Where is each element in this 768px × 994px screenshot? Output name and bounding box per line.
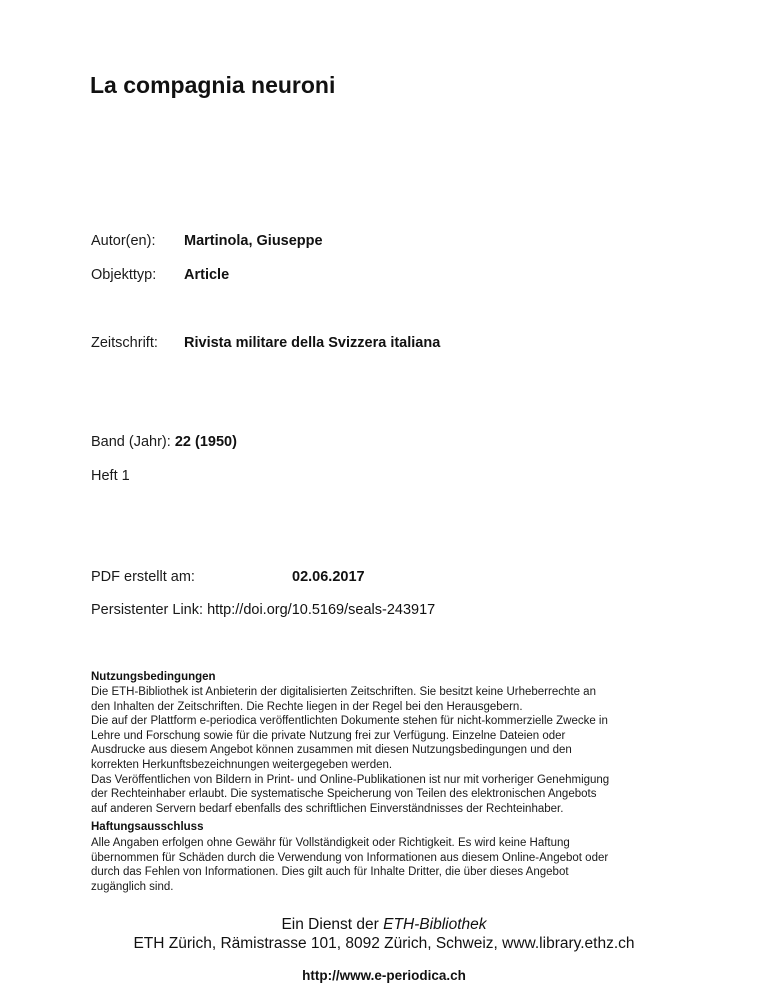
terms-line: Die auf der Plattform e-periodica veröff… (91, 714, 609, 729)
journal-label: Zeitschrift: (91, 335, 158, 351)
issue-label: Heft 1 (91, 468, 130, 484)
footer-service: Ein Dienst der ETH-Bibliothek (0, 916, 768, 934)
terms-line: der Rechteinhaber erlaubt. Die systemati… (91, 787, 609, 802)
pdf-created-value: 02.06.2017 (292, 569, 365, 585)
terms-heading: Nutzungsbedingungen (91, 671, 216, 683)
volume-label: Band (Jahr): (91, 434, 171, 450)
type-row: Objekttyp: (91, 267, 156, 283)
footer-address: ETH Zürich, Rämistrasse 101, 8092 Zürich… (0, 935, 768, 953)
persistent-link[interactable]: http://doi.org/10.5169/seals-243917 (207, 602, 435, 618)
type-value: Article (184, 267, 229, 283)
author-row: Autor(en): (91, 233, 155, 249)
disclaimer-line: zugänglich sind. (91, 880, 608, 895)
terms-line: korrekten Herkunftsbezeichnungen weiterg… (91, 758, 609, 773)
terms-line: Lehre und Forschung sowie für die privat… (91, 729, 609, 744)
disclaimer-paragraph: Alle Angaben erfolgen ohne Gewähr für Vo… (91, 836, 608, 894)
pdf-created-label: PDF erstellt am: (91, 569, 195, 585)
terms-line: Das Veröffentlichen von Bildern in Print… (91, 773, 609, 788)
journal-row: Zeitschrift: (91, 335, 158, 351)
disclaimer-line: übernommen für Schäden durch die Verwend… (91, 851, 608, 866)
volume-value: 22 (1950) (175, 434, 237, 450)
terms-paragraph: Die ETH-Bibliothek ist Anbieterin der di… (91, 685, 609, 816)
footer-service-name: ETH-Bibliothek (383, 916, 486, 933)
type-label: Objekttyp: (91, 267, 156, 283)
author-value: Martinola, Giuseppe (184, 233, 323, 249)
terms-line: auf anderen Servern bedarf ebenfalls des… (91, 802, 609, 817)
terms-line: den Inhalten der Zeitschriften. Die Rech… (91, 700, 609, 715)
disclaimer-heading: Haftungsausschluss (91, 821, 203, 833)
terms-line: Ausdrucke aus diesem Angebot können zusa… (91, 743, 609, 758)
disclaimer-line: durch das Fehlen von Informationen. Dies… (91, 865, 608, 880)
footer-website-link[interactable]: http://www.e-periodica.ch (0, 968, 768, 983)
volume-row: Band (Jahr): 22 (1950) (91, 434, 237, 450)
terms-line: Die ETH-Bibliothek ist Anbieterin der di… (91, 685, 609, 700)
pdf-created-row: PDF erstellt am: (91, 569, 195, 585)
journal-value: Rivista militare della Svizzera italiana (184, 335, 440, 351)
persistent-link-label: Persistenter Link: (91, 602, 203, 618)
persistent-link-row: Persistenter Link: http://doi.org/10.516… (91, 602, 435, 618)
disclaimer-line: Alle Angaben erfolgen ohne Gewähr für Vo… (91, 836, 608, 851)
footer-service-prefix: Ein Dienst der (281, 916, 383, 933)
document-title: La compagnia neuroni (90, 72, 335, 99)
author-label: Autor(en): (91, 233, 155, 249)
